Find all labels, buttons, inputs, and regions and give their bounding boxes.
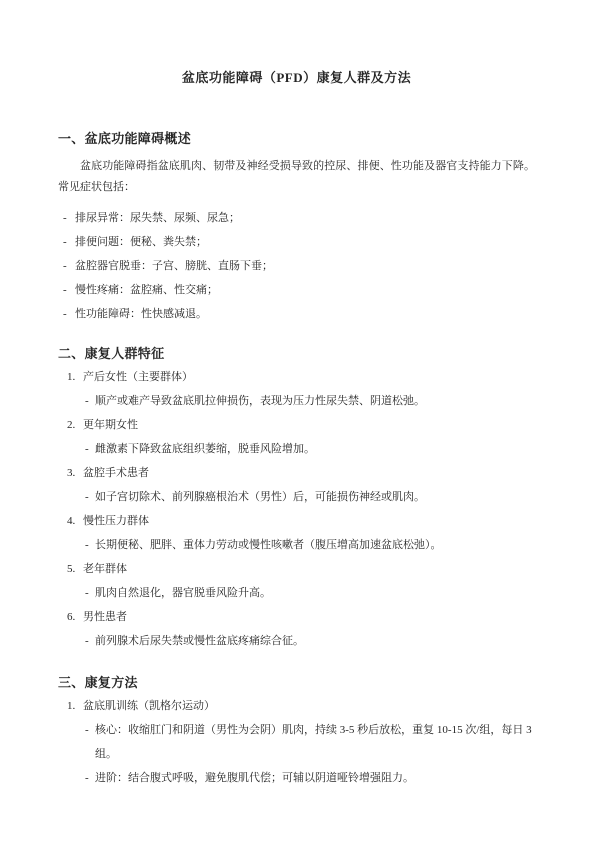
method-list: 1. 盆底肌训练（凯格尔运动） - 核心：收缩肛门和阴道（男性为会阴）肌肉，持续… xyxy=(58,694,535,790)
sub-bullet: - 进阶：结合腹式呼吸，避免腹肌代偿；可辅以阴道哑铃增强阻力。 xyxy=(58,766,535,790)
section-heading-overview: 一、盆底功能障碍概述 xyxy=(58,131,535,147)
sub-bullet: - 如子宫切除术、前列腺癌根治术（男性）后，可能损伤神经或肌肉。 xyxy=(58,485,535,509)
symptom-bullet-list: - 排尿异常：尿失禁、尿频、尿急； - 排便问题：便秘、粪失禁； - 盆腔器官脱… xyxy=(58,206,535,326)
bullet-text: 慢性疼痛：盆腔痛、性交痛； xyxy=(75,278,535,302)
sub-bullet-text: 前列腺术后尿失禁或慢性盆底疼痛综合征。 xyxy=(95,629,535,653)
sub-bullet-text: 进阶：结合腹式呼吸，避免腹肌代偿；可辅以阴道哑铃增强阻力。 xyxy=(95,766,535,790)
group-list: 1. 产后女性（主要群体） - 顺产或难产导致盆底肌拉伸损伤，表现为压力性尿失禁… xyxy=(58,365,535,653)
dash-marker: - xyxy=(63,206,75,230)
bullet-text: 盆腔器官脱垂：子宫、膀胱、直肠下垂； xyxy=(75,254,535,278)
sub-bullet-text: 长期便秘、肥胖、重体力劳动或慢性咳嗽者（腹压增高加速盆底松弛）。 xyxy=(95,533,535,557)
numbered-item: 1. 盆底肌训练（凯格尔运动） xyxy=(58,694,535,718)
document-content: 盆底功能障碍（PFD）康复人群及方法 一、盆底功能障碍概述 盆底功能障碍指盆底肌… xyxy=(0,0,595,790)
sub-bullet-text: 肌肉自然退化，器官脱垂风险升高。 xyxy=(95,581,535,605)
item-title: 慢性压力群体 xyxy=(83,509,535,533)
dash-marker: - xyxy=(63,278,75,302)
numbered-item: 4. 慢性压力群体 xyxy=(58,509,535,533)
item-title: 盆底肌训练（凯格尔运动） xyxy=(83,694,535,718)
dash-marker: - xyxy=(63,254,75,278)
item-title: 产后女性（主要群体） xyxy=(83,365,535,389)
numbered-item: 1. 产后女性（主要群体） xyxy=(58,365,535,389)
item-number: 2. xyxy=(67,413,79,437)
numbered-item: 2. 更年期女性 xyxy=(58,413,535,437)
sub-bullet: - 肌肉自然退化，器官脱垂风险升高。 xyxy=(58,581,535,605)
dash-marker: - xyxy=(85,766,95,790)
bullet-text: 排便问题：便秘、粪失禁； xyxy=(75,230,535,254)
dash-marker: - xyxy=(85,718,95,766)
bullet-item: - 排便问题：便秘、粪失禁； xyxy=(58,230,535,254)
dash-marker: - xyxy=(85,437,95,461)
bullet-text: 排尿异常：尿失禁、尿频、尿急； xyxy=(75,206,535,230)
sub-bullet-text: 如子宫切除术、前列腺癌根治术（男性）后，可能损伤神经或肌肉。 xyxy=(95,485,535,509)
item-title: 盆腔手术患者 xyxy=(83,461,535,485)
item-number: 4. xyxy=(67,509,79,533)
sub-bullet: - 顺产或难产导致盆底肌拉伸损伤，表现为压力性尿失禁、阴道松弛。 xyxy=(58,389,535,413)
sub-bullet-text: 雌激素下降致盆底组织萎缩，脱垂风险增加。 xyxy=(95,437,535,461)
dash-marker: - xyxy=(85,389,95,413)
numbered-item: 3. 盆腔手术患者 xyxy=(58,461,535,485)
dash-marker: - xyxy=(85,629,95,653)
dash-marker: - xyxy=(85,533,95,557)
numbered-item: 6. 男性患者 xyxy=(58,605,535,629)
item-title: 更年期女性 xyxy=(83,413,535,437)
sub-bullet: - 长期便秘、肥胖、重体力劳动或慢性咳嗽者（腹压增高加速盆底松弛）。 xyxy=(58,533,535,557)
document-title: 盆底功能障碍（PFD）康复人群及方法 xyxy=(58,70,535,86)
item-title: 男性患者 xyxy=(83,605,535,629)
intro-paragraph: 盆底功能障碍指盆底肌肉、韧带及神经受损导致的控尿、排便、性功能及器官支持能力下降… xyxy=(58,156,535,198)
item-number: 1. xyxy=(67,694,79,718)
dash-marker: - xyxy=(85,581,95,605)
item-number: 5. xyxy=(67,557,79,581)
item-number: 1. xyxy=(67,365,79,389)
document-page: 盆底功能障碍（PFD）康复人群及方法 一、盆底功能障碍概述 盆底功能障碍指盆底肌… xyxy=(0,0,595,841)
section-heading-methods: 三、康复方法 xyxy=(58,675,535,691)
sub-bullet-text: 顺产或难产导致盆底肌拉伸损伤，表现为压力性尿失禁、阴道松弛。 xyxy=(95,389,535,413)
bullet-text: 性功能障碍：性快感减退。 xyxy=(75,302,535,326)
dash-marker: - xyxy=(63,302,75,326)
sub-bullet: - 前列腺术后尿失禁或慢性盆底疼痛综合征。 xyxy=(58,629,535,653)
bullet-item: - 盆腔器官脱垂：子宫、膀胱、直肠下垂； xyxy=(58,254,535,278)
numbered-item: 5. 老年群体 xyxy=(58,557,535,581)
item-number: 6. xyxy=(67,605,79,629)
dash-marker: - xyxy=(63,230,75,254)
bullet-item: - 排尿异常：尿失禁、尿频、尿急； xyxy=(58,206,535,230)
sub-bullet: - 核心：收缩肛门和阴道（男性为会阴）肌肉，持续 3-5 秒后放松，重复 10-… xyxy=(58,718,535,766)
bullet-item: - 性功能障碍：性快感减退。 xyxy=(58,302,535,326)
item-number: 3. xyxy=(67,461,79,485)
sub-bullet: - 雌激素下降致盆底组织萎缩，脱垂风险增加。 xyxy=(58,437,535,461)
item-title: 老年群体 xyxy=(83,557,535,581)
bullet-item: - 慢性疼痛：盆腔痛、性交痛； xyxy=(58,278,535,302)
section-heading-groups: 二、康复人群特征 xyxy=(58,346,535,362)
sub-bullet-text: 核心：收缩肛门和阴道（男性为会阴）肌肉，持续 3-5 秒后放松，重复 10-15… xyxy=(95,718,535,766)
dash-marker: - xyxy=(85,485,95,509)
